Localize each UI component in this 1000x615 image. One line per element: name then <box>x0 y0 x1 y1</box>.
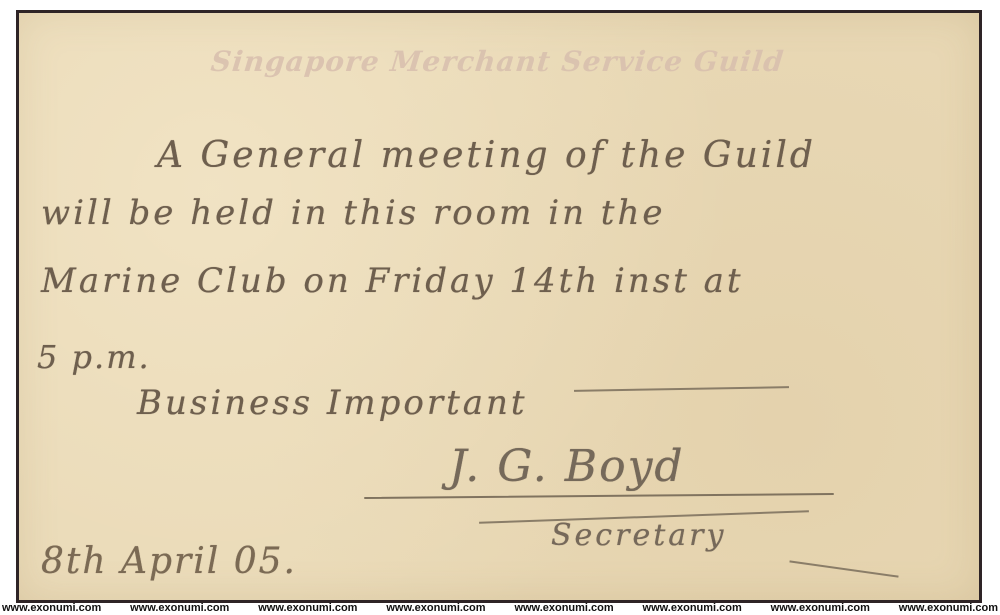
title-flourish <box>789 560 898 577</box>
signatory-title: Secretary <box>551 518 726 553</box>
text-line-5: Business Important <box>137 383 528 423</box>
watermark-text: www.exonumi.com <box>771 602 870 615</box>
watermark-text: www.exonumi.com <box>130 602 229 615</box>
watermark-text: www.exonumi.com <box>643 602 742 615</box>
watermark-text: www.exonumi.com <box>899 602 998 615</box>
text-line-2: will be held in this room in the <box>41 193 665 233</box>
watermark-text: www.exonumi.com <box>386 602 485 615</box>
signature: J. G. Boyd <box>449 441 685 492</box>
watermark-strip: www.exonumi.com www.exonumi.com www.exon… <box>0 602 1000 615</box>
watermark-text: www.exonumi.com <box>2 602 101 615</box>
date: 8th April 05. <box>41 541 297 582</box>
text-line-3: Marine Club on Friday 14th inst at <box>41 261 744 301</box>
watermark-text: www.exonumi.com <box>514 602 613 615</box>
text-line-1: A General meeting of the Guild <box>157 135 816 176</box>
underline-important <box>574 386 789 392</box>
watermark-text: www.exonumi.com <box>258 602 357 615</box>
postcard: Singapore Merchant Service Guild A Gener… <box>16 10 982 603</box>
signature-flourish <box>364 493 834 499</box>
text-line-4: 5 p.m. <box>37 338 151 376</box>
printed-header: Singapore Merchant Service Guild <box>209 45 832 78</box>
